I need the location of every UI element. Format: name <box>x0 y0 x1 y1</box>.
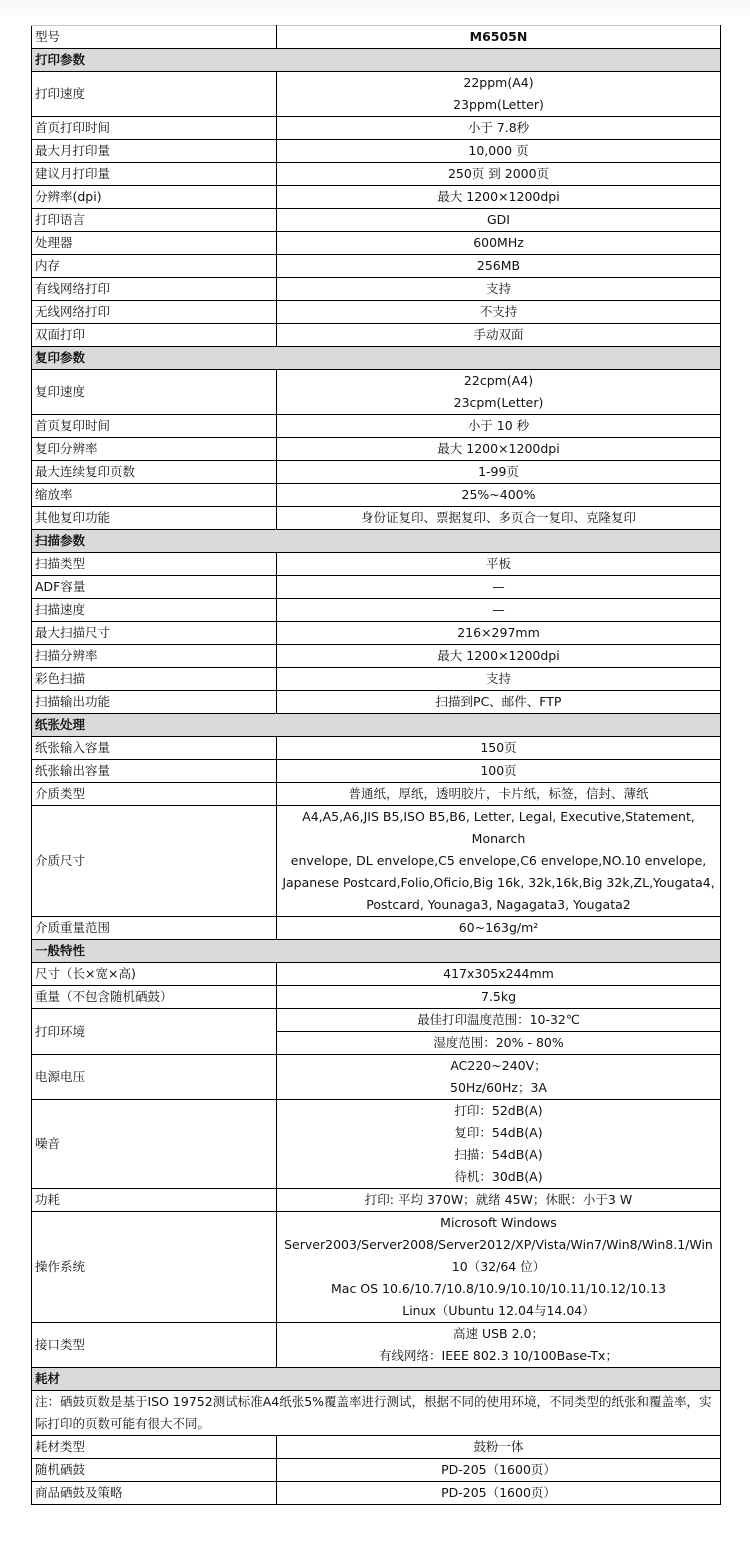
spec-label: 最大月打印量 <box>32 140 277 163</box>
spec-value: 256MB <box>277 255 721 278</box>
spec-row: 缩放率25%~400% <box>32 484 721 507</box>
spec-value: 打印: 平均 370W；就绪 45W；休眠：小于3 W <box>277 1189 721 1212</box>
spec-value: — <box>277 576 721 599</box>
section-print: 打印参数 <box>32 49 721 72</box>
spec-label: 缩放率 <box>32 484 277 507</box>
spec-label: 介质类型 <box>32 783 277 806</box>
spec-label: 打印环境 <box>32 1009 277 1055</box>
spec-row: 纸张输入容量150页 <box>32 737 721 760</box>
spec-value: 普通纸，厚纸，透明胶片，卡片纸，标签，信封、薄纸 <box>277 783 721 806</box>
spec-row: 打印环境最佳打印温度范围：10-32℃ <box>32 1009 721 1032</box>
spec-value: 1-99页 <box>277 461 721 484</box>
spec-label: 最大连续复印页数 <box>32 461 277 484</box>
spec-value: 鼓粉一体 <box>277 1436 721 1459</box>
spec-label: 电源电压 <box>32 1055 277 1100</box>
spec-value: Microsoft WindowsServer2003/Server2008/S… <box>277 1212 721 1323</box>
spec-row: 其他复印功能身份证复印、票据复印、多页合一复印、克隆复印 <box>32 507 721 530</box>
spec-label: 复印分辨率 <box>32 438 277 461</box>
spec-value: 最佳打印温度范围：10-32℃ <box>277 1009 721 1032</box>
spec-label: ADF容量 <box>32 576 277 599</box>
spec-label: 商品硒鼓及策略 <box>32 1482 277 1505</box>
top-band <box>0 0 750 15</box>
spec-row: 扫描分辨率最大 1200×1200dpi <box>32 645 721 668</box>
spec-value: 最大 1200×1200dpi <box>277 438 721 461</box>
spec-row: 双面打印手动双面 <box>32 324 721 347</box>
spec-label: 无线网络打印 <box>32 301 277 324</box>
spec-label: 接口类型 <box>32 1323 277 1368</box>
spec-row: 尺寸（长×宽×高)417x305x244mm <box>32 963 721 986</box>
spec-row: 首页复印时间小于 10 秒 <box>32 415 721 438</box>
spec-value: 250页 到 2000页 <box>277 163 721 186</box>
spec-row: 处理器600MHz <box>32 232 721 255</box>
spec-row: 分辨率(dpi)最大 1200×1200dpi <box>32 186 721 209</box>
spec-value: 417x305x244mm <box>277 963 721 986</box>
spec-row: 噪音打印：52dB(A)复印：54dB(A)扫描：54dB(A)待机：30dB(… <box>32 1100 721 1189</box>
spec-label: 尺寸（长×宽×高) <box>32 963 277 986</box>
spec-value: GDI <box>277 209 721 232</box>
spec-row: 无线网络打印不支持 <box>32 301 721 324</box>
spec-row: 介质尺寸A4,A5,A6,JIS B5,ISO B5,B6, Letter, L… <box>32 806 721 917</box>
spec-label: 打印语言 <box>32 209 277 232</box>
spec-row: 操作系统Microsoft WindowsServer2003/Server20… <box>32 1212 721 1323</box>
spec-value: 湿度范围：20% - 80% <box>277 1032 721 1055</box>
spec-value: 支持 <box>277 668 721 691</box>
spec-row: 扫描输出功能扫描到PC、邮件、FTP <box>32 691 721 714</box>
spec-value: 25%~400% <box>277 484 721 507</box>
spec-value: 10,000 页 <box>277 140 721 163</box>
spec-row: 接口类型高速 USB 2.0；有线网络：IEEE 802.3 10/100Bas… <box>32 1323 721 1368</box>
section-title: 打印参数 <box>32 49 721 72</box>
spec-row: 耗材类型鼓粉一体 <box>32 1436 721 1459</box>
spec-label: 扫描分辨率 <box>32 645 277 668</box>
spec-label: 扫描类型 <box>32 553 277 576</box>
spec-row: 打印语言GDI <box>32 209 721 232</box>
spec-value: 平板 <box>277 553 721 576</box>
spec-value: 60~163g/m² <box>277 917 721 940</box>
spec-label: 纸张输出容量 <box>32 760 277 783</box>
section-title: 纸张处理 <box>32 714 721 737</box>
spec-label: 介质尺寸 <box>32 806 277 917</box>
spec-row: 随机硒鼓PD-205（1600页） <box>32 1459 721 1482</box>
spec-value: PD-205（1600页） <box>277 1482 721 1505</box>
section-title: 复印参数 <box>32 347 721 370</box>
spec-row: 内存256MB <box>32 255 721 278</box>
spec-value: 支持 <box>277 278 721 301</box>
spec-row: 打印速度22ppm(A4)23ppm(Letter) <box>32 72 721 117</box>
spec-row: 重量（不包含随机硒鼓）7.5kg <box>32 986 721 1009</box>
model-value: M6505N <box>277 26 721 49</box>
spec-label: 随机硒鼓 <box>32 1459 277 1482</box>
section-paper: 纸张处理 <box>32 714 721 737</box>
spec-row: 功耗打印: 平均 370W；就绪 45W；休眠：小于3 W <box>32 1189 721 1212</box>
spec-row: 最大月打印量10,000 页 <box>32 140 721 163</box>
section-scan: 扫描参数 <box>32 530 721 553</box>
spec-row: 商品硒鼓及策略PD-205（1600页） <box>32 1482 721 1505</box>
spec-row: 有线网络打印支持 <box>32 278 721 301</box>
model-label: 型号 <box>32 26 277 49</box>
spec-value: 扫描到PC、邮件、FTP <box>277 691 721 714</box>
spec-row: 彩色扫描支持 <box>32 668 721 691</box>
spec-label: 扫描输出功能 <box>32 691 277 714</box>
spec-value: 不支持 <box>277 301 721 324</box>
spec-value: 最大 1200×1200dpi <box>277 645 721 668</box>
model-row: 型号 M6505N <box>32 26 721 49</box>
spec-label: 噪音 <box>32 1100 277 1189</box>
spec-label: 耗材类型 <box>32 1436 277 1459</box>
spec-value: 150页 <box>277 737 721 760</box>
spec-value: 7.5kg <box>277 986 721 1009</box>
spec-label: 分辨率(dpi) <box>32 186 277 209</box>
spec-label: 处理器 <box>32 232 277 255</box>
spec-row: 首页打印时间小于 7.8秒 <box>32 117 721 140</box>
spec-label: 操作系统 <box>32 1212 277 1323</box>
section-title: 一般特性 <box>32 940 721 963</box>
section-copy: 复印参数 <box>32 347 721 370</box>
spec-row: 电源电压AC220~240V；50Hz/60Hz；3A <box>32 1055 721 1100</box>
spec-value: A4,A5,A6,JIS B5,ISO B5,B6, Letter, Legal… <box>277 806 721 917</box>
spec-value: 100页 <box>277 760 721 783</box>
spec-label: 打印速度 <box>32 72 277 117</box>
spec-row: 扫描速度— <box>32 599 721 622</box>
section-general: 一般特性 <box>32 940 721 963</box>
spec-label: 最大扫描尺寸 <box>32 622 277 645</box>
spec-row: 复印速度22cpm(A4)23cpm(Letter) <box>32 370 721 415</box>
spec-value: 打印：52dB(A)复印：54dB(A)扫描：54dB(A)待机：30dB(A) <box>277 1100 721 1189</box>
spec-value: 手动双面 <box>277 324 721 347</box>
spec-row: 介质重量范围60~163g/m² <box>32 917 721 940</box>
spec-label: 功耗 <box>32 1189 277 1212</box>
spec-table: 型号 M6505N 打印参数 打印速度22ppm(A4)23ppm(Letter… <box>31 25 721 1505</box>
spec-row: 扫描类型平板 <box>32 553 721 576</box>
spec-value: 高速 USB 2.0；有线网络：IEEE 802.3 10/100Base-Tx… <box>277 1323 721 1368</box>
spec-value: — <box>277 599 721 622</box>
spec-row: ADF容量— <box>32 576 721 599</box>
spec-value: 身份证复印、票据复印、多页合一复印、克隆复印 <box>277 507 721 530</box>
spec-label: 彩色扫描 <box>32 668 277 691</box>
spec-label: 双面打印 <box>32 324 277 347</box>
consumables-note: 注：硒鼓页数是基于ISO 19752测试标准A4纸张5%覆盖率进行测试，根据不同… <box>32 1391 721 1436</box>
spec-label: 纸张输入容量 <box>32 737 277 760</box>
spec-value: 600MHz <box>277 232 721 255</box>
spec-label: 首页复印时间 <box>32 415 277 438</box>
spec-row: 介质类型普通纸，厚纸，透明胶片，卡片纸，标签，信封、薄纸 <box>32 783 721 806</box>
note-row: 注：硒鼓页数是基于ISO 19752测试标准A4纸张5%覆盖率进行测试，根据不同… <box>32 1391 721 1436</box>
spec-value: 小于 7.8秒 <box>277 117 721 140</box>
spec-value: 22ppm(A4)23ppm(Letter) <box>277 72 721 117</box>
spec-value: 最大 1200×1200dpi <box>277 186 721 209</box>
spec-label: 首页打印时间 <box>32 117 277 140</box>
spec-value: 22cpm(A4)23cpm(Letter) <box>277 370 721 415</box>
spec-label: 重量（不包含随机硒鼓） <box>32 986 277 1009</box>
spec-row: 纸张输出容量100页 <box>32 760 721 783</box>
spec-value: PD-205（1600页） <box>277 1459 721 1482</box>
spec-label: 建议月打印量 <box>32 163 277 186</box>
section-title: 扫描参数 <box>32 530 721 553</box>
spec-label: 有线网络打印 <box>32 278 277 301</box>
spec-label: 复印速度 <box>32 370 277 415</box>
spec-label: 扫描速度 <box>32 599 277 622</box>
section-title: 耗材 <box>32 1368 721 1391</box>
section-consumables: 耗材 <box>32 1368 721 1391</box>
spec-label: 内存 <box>32 255 277 278</box>
spec-label: 其他复印功能 <box>32 507 277 530</box>
spec-row: 最大连续复印页数1-99页 <box>32 461 721 484</box>
spec-value: 小于 10 秒 <box>277 415 721 438</box>
spec-label: 介质重量范围 <box>32 917 277 940</box>
spec-value: 216×297mm <box>277 622 721 645</box>
spec-row: 复印分辨率最大 1200×1200dpi <box>32 438 721 461</box>
spec-row: 建议月打印量250页 到 2000页 <box>32 163 721 186</box>
spec-value: AC220~240V；50Hz/60Hz；3A <box>277 1055 721 1100</box>
spec-row: 最大扫描尺寸216×297mm <box>32 622 721 645</box>
